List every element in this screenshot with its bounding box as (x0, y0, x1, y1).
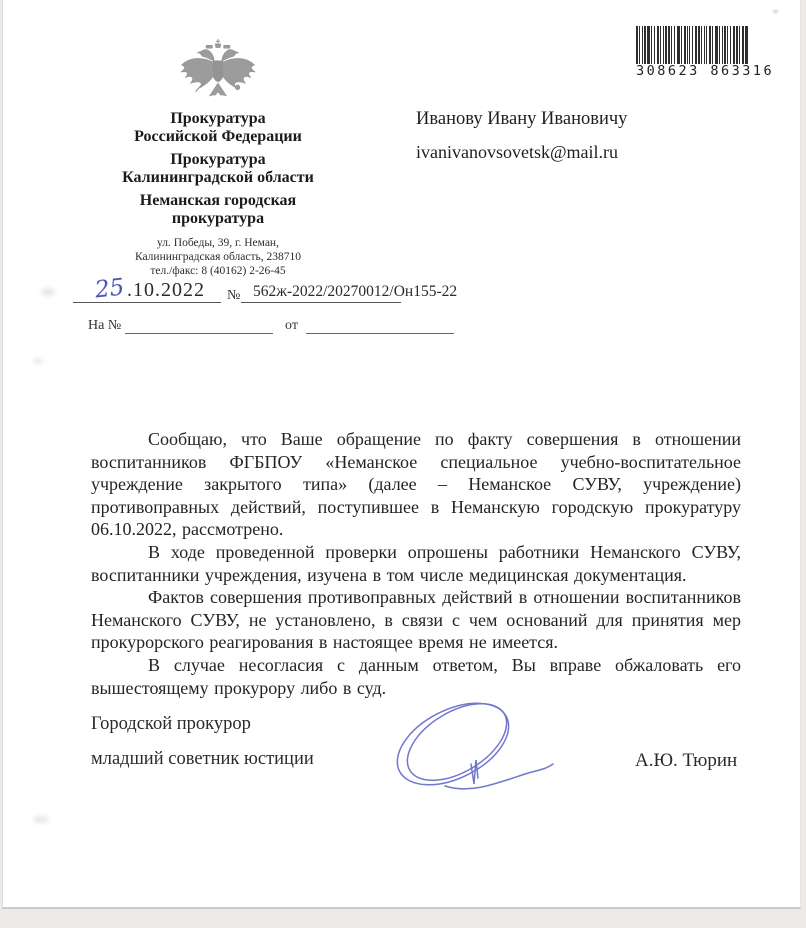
date-underline (73, 302, 221, 303)
address-line: ул. Победы, 39, г. Неман, (78, 236, 358, 250)
body-paragraph: Фактов совершения противоправных действи… (91, 586, 741, 654)
barcode-bars-icon (636, 26, 766, 64)
org-name-line: Неманская городская (78, 192, 358, 210)
org-address: ул. Победы, 39, г. Неман, Калининградска… (78, 236, 358, 278)
signer-position-line1: Городской прокурор (91, 714, 251, 735)
handwritten-day: 25 (94, 275, 126, 304)
from-label: от (285, 318, 298, 334)
scanned-letter-screenshot: { "colors": { "page": "#ffffff", "backdr… (0, 0, 806, 928)
address-line: Калининградская область, 238710 (78, 250, 358, 264)
incoming-number-label: На № (88, 318, 121, 334)
number-sign-label: № (227, 288, 240, 304)
coat-of-arms-icon (176, 36, 260, 108)
org-name-line: прокуратура (78, 210, 358, 228)
number-underline (241, 302, 401, 303)
incoming-reference-row: На № от (88, 318, 568, 338)
blank-underline (125, 333, 273, 334)
org-name-line: Прокуратура (78, 110, 358, 128)
body-paragraph: В случае несогласия с данным ответом, Вы… (91, 654, 741, 699)
scan-smudge (33, 816, 49, 823)
body-paragraph: Сообщаю, что Ваше обращение по факту сов… (91, 428, 741, 541)
scan-smudge (33, 358, 43, 364)
scan-speck (773, 10, 778, 13)
org-name-line: Калининградской области (78, 169, 358, 187)
reference-row: 25 .10.2022 № 562ж-2022/20270012/Он155-2… (3, 282, 806, 310)
scan-smudge (41, 288, 55, 296)
letter-body: Сообщаю, что Ваше обращение по факту сов… (91, 428, 741, 699)
org-name-line: Прокуратура (78, 151, 358, 169)
org-name-line: Российской Федерации (78, 128, 358, 146)
outgoing-number: 562ж-2022/20270012/Он155-22 (253, 283, 457, 301)
barcode-digits: 308623 863316 (636, 63, 766, 79)
signature-icon (375, 694, 560, 802)
recipient-email: ivanivanovsovetsk@mail.ru (416, 142, 746, 163)
blank-underline (306, 333, 454, 334)
recipient-block: Иванову Ивану Ивановичу ivanivanovsovets… (416, 108, 746, 163)
recipient-name: Иванову Ивану Ивановичу (416, 108, 746, 130)
letterhead: Прокуратура Российской Федерации Прокура… (78, 110, 358, 278)
printed-date: .10.2022 (127, 279, 205, 302)
body-paragraph: В ходе проведенной проверки опрошены раб… (91, 541, 741, 586)
barcode: 308623 863316 (636, 26, 766, 82)
signer-position-line2: младший советник юстиции (91, 749, 314, 770)
document-page: 308623 863316 (2, 0, 801, 909)
signer-name: А.Ю. Тюрин (635, 750, 737, 772)
